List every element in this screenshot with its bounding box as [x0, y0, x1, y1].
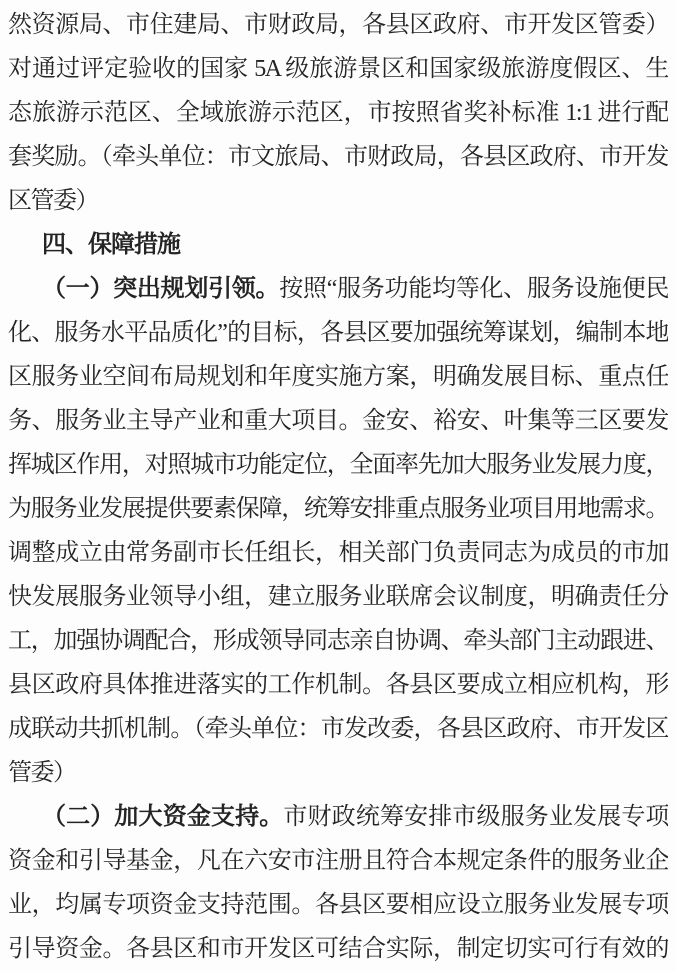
line-text: 引导资金。各县区和市开发区可结合实际，制定切实可行有效的 — [8, 936, 668, 962]
line-text: 县区政府具体推进落实的工作机制。各县区要成立相应机构，形 — [8, 672, 668, 698]
line-text: 资金和引导基金，凡在六安市注册且符合本规定条件的服务业企 — [8, 848, 668, 874]
text-line: 区管委） — [8, 179, 668, 223]
text-line: 态旅游示范区、全域旅游示范区，市按照省奖补标准 1:1 进行配 — [8, 91, 668, 135]
line-text: 快发展服务业领导小组，建立服务业联席会议制度，明确责任分 — [8, 584, 668, 610]
text-line: （二）加大资金支持。市财政统筹安排市级服务业发展专项 — [8, 795, 668, 839]
paragraph-lead: （二）加大资金支持。 — [42, 804, 283, 830]
line-text: 市财政统筹安排市级服务业发展专项 — [283, 804, 668, 830]
line-text: 化、服务水平品质化”的目标，各县区要加强统筹谋划，编制本地 — [8, 320, 668, 346]
text-line: 为服务业发展提供要素保障，统筹安排重点服务业项目用地需求。 — [8, 487, 668, 531]
line-text: 态旅游示范区、全域旅游示范区，市按照省奖补标准 1:1 进行配 — [8, 100, 668, 126]
text-line: 调整成立由常务副市长任组长，相关部门负责同志为成员的市加 — [8, 531, 668, 575]
line-text: 调整成立由常务副市长任组长，相关部门负责同志为成员的市加 — [8, 540, 668, 566]
section-heading: 四、保障措施 — [8, 223, 668, 267]
line-text: 然资源局、市住建局、市财政局，各县区政府、市开发区管委） — [8, 12, 668, 38]
text-line: 工，加强协调配合，形成领导同志亲自协调、牵头部门主动跟进、 — [8, 619, 668, 663]
line-text: 成联动共抓机制。（牵头单位：市发改委，各县区政府、市开发区 — [8, 716, 668, 742]
text-line: 挥城区作用，对照城市功能定位，全面率先加大服务业发展力度， — [8, 443, 668, 487]
line-text: 工，加强协调配合，形成领导同志亲自协调、牵头部门主动跟进、 — [8, 628, 668, 654]
line-text: 务、服务业主导产业和重大项目。金安、裕安、叶集等三区要发 — [8, 408, 668, 434]
text-line: 务、服务业主导产业和重大项目。金安、裕安、叶集等三区要发 — [8, 399, 668, 443]
heading-text: 四、保障措施 — [42, 231, 180, 258]
line-text: 为服务业发展提供要素保障，统筹安排重点服务业项目用地需求。 — [8, 496, 668, 522]
line-text: 套奖励。（牵头单位：市文旅局、市财政局，各县区政府、市开发 — [8, 144, 668, 170]
text-line: 对通过评定验收的国家 5A 级旅游景区和国家级旅游度假区、生 — [8, 47, 668, 91]
line-text: 区管委） — [8, 188, 98, 214]
text-line: 管委） — [8, 751, 668, 795]
line-text: 对通过评定验收的国家 5A 级旅游景区和国家级旅游度假区、生 — [8, 56, 668, 82]
paragraph-lead: （一）突出规划引领。 — [42, 276, 279, 302]
line-text: 业，均属专项资金支持范围。各县区要相应设立服务业发展专项 — [8, 892, 668, 918]
text-line: 化、服务水平品质化”的目标，各县区要加强统筹谋划，编制本地 — [8, 311, 668, 355]
line-text: 区服务业空间布局规划和年度实施方案，明确发展目标、重点任 — [8, 364, 668, 390]
text-line: （一）突出规划引领。按照“服务功能均等化、服务设施便民 — [8, 267, 668, 311]
text-line: 资金和引导基金，凡在六安市注册且符合本规定条件的服务业企 — [8, 839, 668, 883]
document-page: 然资源局、市住建局、市财政局，各县区政府、市开发区管委）对通过评定验收的国家 5… — [0, 0, 676, 971]
line-text: 管委） — [8, 760, 76, 786]
text-line: 区服务业空间布局规划和年度实施方案，明确发展目标、重点任 — [8, 355, 668, 399]
line-text: 挥城区作用，对照城市功能定位，全面率先加大服务业发展力度， — [8, 452, 668, 478]
line-text: 按照“服务功能均等化、服务设施便民 — [279, 276, 668, 302]
text-line: 套奖励。（牵头单位：市文旅局、市财政局，各县区政府、市开发 — [8, 135, 668, 179]
text-line: 然资源局、市住建局、市财政局，各县区政府、市开发区管委） — [8, 3, 668, 47]
text-line: 成联动共抓机制。（牵头单位：市发改委，各县区政府、市开发区 — [8, 707, 668, 751]
text-line: 县区政府具体推进落实的工作机制。各县区要成立相应机构，形 — [8, 663, 668, 707]
text-line: 快发展服务业领导小组，建立服务业联席会议制度，明确责任分 — [8, 575, 668, 619]
text-line: 业，均属专项资金支持范围。各县区要相应设立服务业发展专项 — [8, 883, 668, 927]
text-line: 引导资金。各县区和市开发区可结合实际，制定切实可行有效的 — [8, 927, 668, 971]
